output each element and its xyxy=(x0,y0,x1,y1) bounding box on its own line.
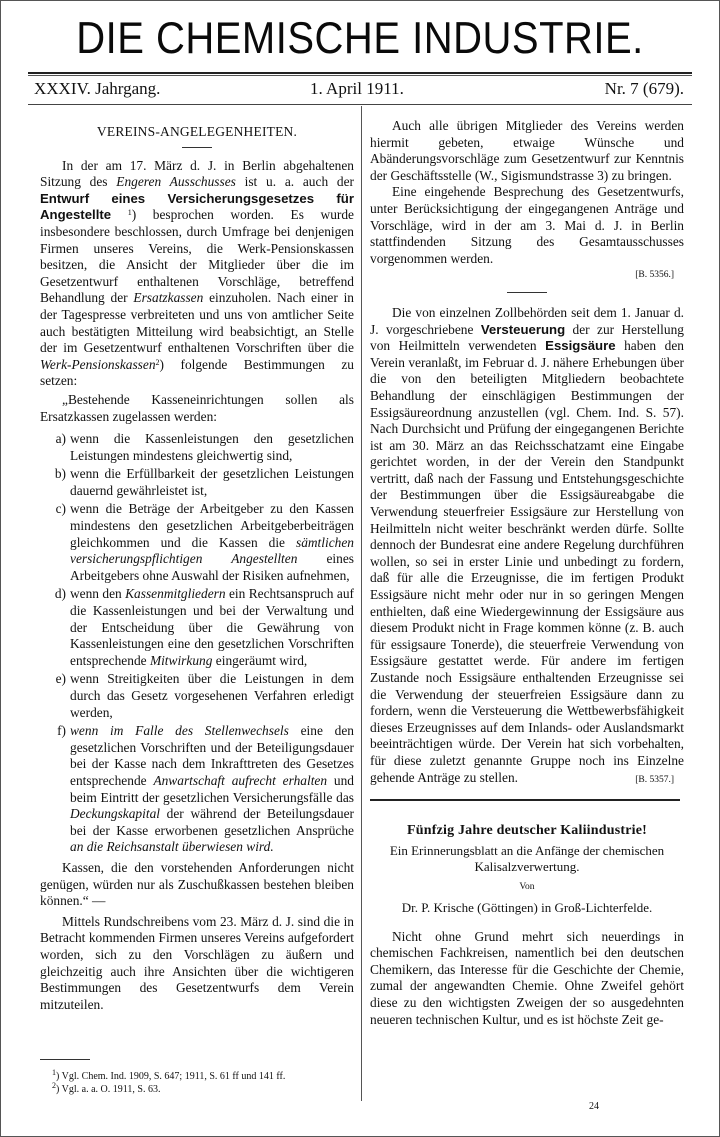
item-label: c) xyxy=(40,501,66,518)
issue-date: 1. April 1911. xyxy=(310,79,404,99)
paragraph: In der am 17. März d. J. in Berlin abgeh… xyxy=(40,158,354,390)
emphasis: Kassenmitgliedern xyxy=(125,586,225,601)
header-rule xyxy=(28,104,692,105)
bold-term: Essigsäure xyxy=(545,338,615,353)
footnote-rule xyxy=(40,1059,90,1060)
footnote-text: ) Vgl. Chem. Ind. 1909, S. 647; 1911, S.… xyxy=(56,1071,285,1082)
issue-number: Nr. 7 (679). xyxy=(605,79,684,99)
emphasis: an die Reichsanstalt überwiesen wird. xyxy=(70,839,274,854)
emphasis: Ersatzkassen xyxy=(133,290,203,305)
issue-line: XXXIV. Jahrgang. 1. April 1911. Nr. 7 (6… xyxy=(34,79,684,99)
paragraph: Kassen, die den vorstehenden Anforderung… xyxy=(40,860,354,910)
emphasis: Engeren Ausschusses xyxy=(116,174,236,189)
reference-code: [B. 5356.] xyxy=(370,267,684,284)
paragraph: Eine eingehende Besprechung des Gesetzen… xyxy=(370,184,684,267)
heading-rule xyxy=(182,147,212,148)
right-column: Auch alle übrigen Mitglieder des Vereins… xyxy=(370,118,684,1028)
list-item: f)wenn im Falle des Stellenwechsels eine… xyxy=(40,723,354,856)
list-item: b)wenn die Erfüllbarkeit der gesetzliche… xyxy=(40,466,354,499)
footnotes: 1) Vgl. Chem. Ind. 1909, S. 647; 1911, S… xyxy=(52,1070,352,1096)
section-heading: VEREINS-ANGELEGENHEITEN. xyxy=(40,124,354,141)
footnote-text: ) Vgl. a. a. O. 1911, S. 63. xyxy=(56,1084,160,1095)
item-text: eingeräumt wird, xyxy=(212,653,307,668)
journal-title: DIE CHEMISCHE INDUSTRIE. xyxy=(0,14,720,64)
item-text: wenn Streitigkeiten über die Leistungen … xyxy=(70,671,354,719)
item-label: d) xyxy=(40,586,66,603)
separator-rule xyxy=(507,292,547,293)
emphasis: Mitwirkung xyxy=(150,653,213,668)
article-by: Von xyxy=(370,879,684,896)
masthead-rule xyxy=(28,72,692,74)
paragraph: Nicht ohne Grund mehrt sich neuerdings i… xyxy=(370,929,684,1029)
paragraph: Auch alle übrigen Mitglieder des Vereins… xyxy=(370,118,684,184)
list-item: c)wenn die Beträge der Arbeitgeber zu de… xyxy=(40,501,354,584)
column-divider xyxy=(361,106,362,1101)
item-label: b) xyxy=(40,466,66,483)
left-column: VEREINS-ANGELEGENHEITEN. In der am 17. M… xyxy=(40,124,354,1013)
volume-label: XXXIV. Jahrgang. xyxy=(34,79,160,99)
bold-term: Versteuerung xyxy=(481,322,565,337)
footnote-2: 2) Vgl. a. a. O. 1911, S. 63. xyxy=(52,1083,352,1096)
article-author: Dr. P. Krische (Göttingen) in Groß-Licht… xyxy=(370,900,684,917)
item-text: wenn den xyxy=(70,586,125,601)
article-subtitle: Ein Erinnerungsblatt an die Anfänge der … xyxy=(370,843,684,875)
list-item: a)wenn die Kassenleistungen den gesetzli… xyxy=(40,431,354,464)
item-label: e) xyxy=(40,671,66,688)
emphasis: Werk-Pensionskassen xyxy=(40,357,156,372)
item-text: wenn die Kassenleistungen den gesetzlich… xyxy=(70,431,354,463)
emphasis: Anwartschaft aufrecht erhalten xyxy=(153,773,327,788)
masthead-rule-thin xyxy=(28,75,692,76)
page-number: 24 xyxy=(589,1101,599,1112)
paragraph: Die von einzelnen Zollbehörden seit dem … xyxy=(370,305,684,786)
list-item: e)wenn Streitigkeiten über die Leistunge… xyxy=(40,671,354,721)
footnote-1: 1) Vgl. Chem. Ind. 1909, S. 647; 1911, S… xyxy=(52,1070,352,1083)
paragraph: Mittels Rundschreibens vom 23. März d. J… xyxy=(40,914,354,1014)
conditions-list: a)wenn die Kassenleistungen den gesetzli… xyxy=(40,431,354,856)
item-label: f) xyxy=(40,723,66,740)
paragraph: „Bestehende Kasseneinrichtungen sollen a… xyxy=(40,392,354,425)
emphasis: wenn im Falle des Stellenwechsels xyxy=(70,723,289,738)
item-text: wenn die Erfüllbarkeit der gesetzlichen … xyxy=(70,466,354,498)
text-run: haben den Verein veranlaßt, im Februar d… xyxy=(370,338,684,784)
emphasis: Deckungskapital xyxy=(70,806,160,821)
item-label: a) xyxy=(40,431,66,448)
list-item: d)wenn den Kassenmitgliedern ein Rechtsa… xyxy=(40,586,354,669)
article-title: Fünfzig Jahre deutscher Kaliindustrie! xyxy=(370,823,684,840)
text-run: ist u. a. auch der xyxy=(236,174,354,189)
article-separator-rule xyxy=(370,799,680,801)
